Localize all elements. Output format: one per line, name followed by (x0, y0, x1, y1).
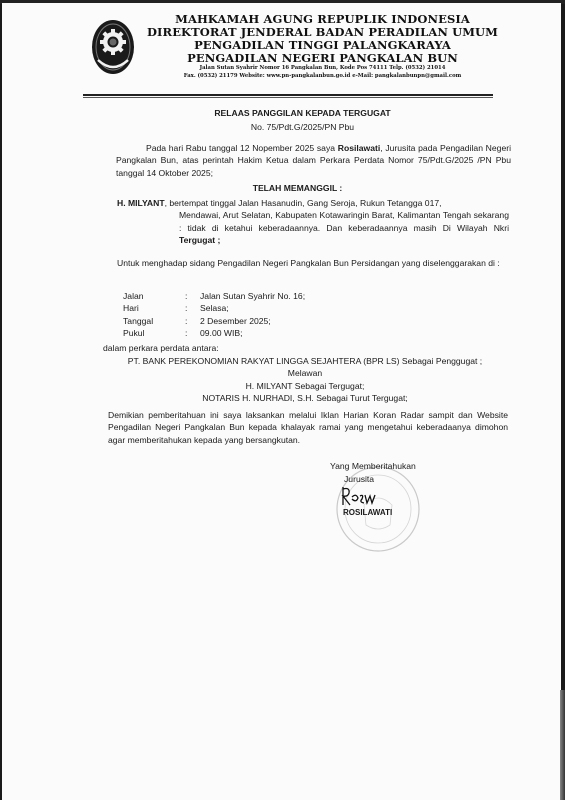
schedule-value: Selasa; (200, 302, 229, 314)
schedule-row: Tanggal:2 Desember 2025; (123, 315, 305, 327)
versus-line: Melawan (103, 367, 507, 379)
schedule-value: Jalan Sutan Syahrir No. 16; (200, 290, 305, 302)
signer-name: ROSILAWATI (330, 507, 440, 520)
defendant-line: H. MILYANT Sebagai Tergugat; (103, 380, 507, 392)
letterhead-line-4: PENGADILAN NEGERI PANGKALAN BUN (140, 52, 505, 65)
schedule-label: Tanggal (123, 315, 185, 327)
opening-text-1: Pada hari Rabu tanggal 12 Nopember 2025 … (146, 143, 338, 153)
court-emblem-icon (90, 18, 136, 76)
schedule-row: Jalan:Jalan Sutan Syahrir No. 16; (123, 290, 305, 302)
schedule-label: Jalan (123, 290, 185, 302)
schedule-label: Hari (123, 302, 185, 314)
letterhead-divider (83, 94, 493, 96)
schedule-value: 2 Desember 2025; (200, 315, 271, 327)
defendant-address-2: Mendawai, Arut Selatan, Kabupaten Kotawa… (179, 210, 509, 232)
co-defendant-line: NOTARIS H. NURHADI, S.H. Sebagai Turut T… (103, 392, 507, 404)
signature-label: Yang Memberitahukan (330, 460, 440, 473)
handwritten-signature-icon (330, 485, 440, 507)
case-number: No. 75/Pdt.G/2025/PN Pbu (0, 122, 565, 132)
bailiff-name: Rosilawati (338, 143, 381, 153)
schedule-label: Pukul (123, 327, 185, 339)
defendant-name: H. MILYANT (117, 198, 165, 208)
schedule-row: Hari:Selasa; (123, 302, 305, 314)
case-intro: dalam perkara perdata antara: (103, 343, 219, 353)
document-title: RELAAS PANGGILAN KEPADA TERGUGAT (0, 108, 565, 118)
defendant-block: H. MILYANT, bertempat tinggal Jalan Hasa… (117, 197, 509, 246)
defendant-role: Tergugat ; (179, 235, 220, 245)
summons-paragraph: Untuk menghadap sidang Pengadilan Negeri… (117, 257, 509, 269)
defendant-address-1: , bertempat tinggal Jalan Hasanudin, Gan… (165, 198, 442, 208)
signature-block: Yang Memberitahukan Jurusita ROSILAWATI (330, 460, 440, 520)
letterhead-divider-thin (83, 97, 493, 98)
scan-edge-right (560, 690, 565, 800)
signature-role: Jurusita (330, 473, 440, 486)
closing-paragraph: Demikian pemberitahuan ini saya laksanka… (108, 409, 508, 446)
case-parties: PT. BANK PEREKONOMIAN RAKYAT LINGGA SEJA… (103, 355, 507, 404)
letterhead: MAHKAMAH AGUNG REPUPLIK INDONESIA DIREKT… (140, 13, 505, 80)
called-heading: TELAH MEMANGGIL : (0, 183, 565, 193)
opening-paragraph: Pada hari Rabu tanggal 12 Nopember 2025 … (116, 142, 511, 179)
plaintiff-line: PT. BANK PEREKONOMIAN RAKYAT LINGGA SEJA… (103, 355, 507, 367)
schedule-value: 09.00 WIB; (200, 327, 243, 339)
schedule-row: Pukul:09.00 WIB; (123, 327, 305, 339)
schedule-table: Jalan:Jalan Sutan Syahrir No. 16; Hari:S… (123, 290, 305, 339)
letterhead-address: Jalan Sutan Syahrir Nomor 16 Pangkalan B… (140, 65, 505, 73)
letterhead-contact: Fax. (0532) 21179 Website: www.pn-pangka… (140, 73, 505, 81)
